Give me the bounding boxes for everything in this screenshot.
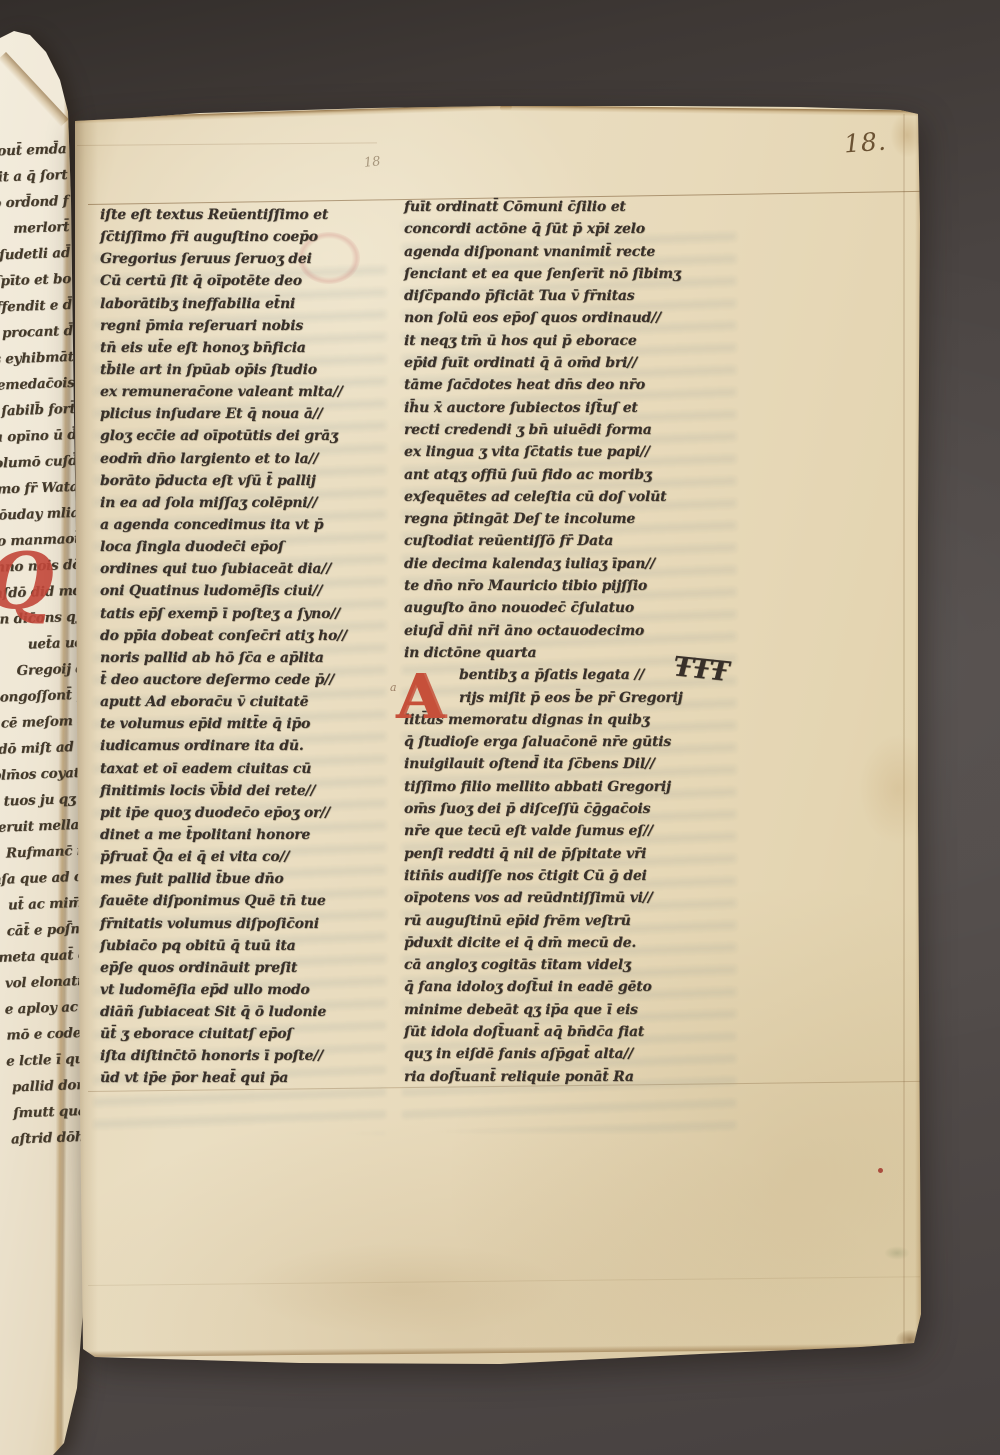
text-line: te dn̄o nr̄o Mauricio tibio pijſſio [404, 575, 738, 597]
text-line: die decima kalendaʒ iuliaʒ īpan// [404, 553, 738, 575]
text-line: iſta diſtinc̄tō honoris ī poſte// [100, 1045, 368, 1067]
text-line: in ea ad ſola miſſaʒ colēpni// [100, 492, 368, 514]
text-line: Cū certū ſit q̄ oīpotēte deo [100, 270, 368, 292]
text-line: nſa que ad od̄ [0, 864, 92, 898]
text-line: plm̄os coyatā [0, 760, 89, 794]
text-line: aſtrid dōhiſt [0, 1123, 101, 1157]
page-top-edge [500, 105, 922, 117]
text-line: tb̄ile art in ſpūab op̄is ſtudio [100, 359, 368, 381]
text-line: mno nois dō [0, 552, 81, 586]
chapter-numeral-xxx: ŦŦŦ [670, 653, 731, 685]
previous-page-fore-edge [53, 66, 75, 1455]
text-line: ōuday mlia [0, 500, 80, 534]
text-line: emſdō did md̄ [0, 578, 82, 612]
text-line: meta quat̄ cō [0, 942, 95, 976]
text-line: iſte eſt textus Reūentiſſimo et [100, 204, 368, 226]
text-line: penſi reddti q̄ nil de p̄ſpitate vr̄i [404, 843, 738, 865]
text-line: noris pallid ab hō ſc̄a e ap̄lita [100, 647, 368, 669]
text-line: concordi actōne q̄ ſūt p̄ xp̄i zelo [404, 218, 738, 240]
text-line: ex lingua ʒ vita ſc̄tatis tue papi// [404, 441, 738, 463]
text-line: ut̄ ac mim̄ſl [0, 890, 93, 924]
text-line: cāt̄ e poſ̄md [0, 916, 94, 950]
guide-letter: a [390, 682, 397, 693]
text-line: mō e codeos [0, 1019, 98, 1053]
previous-page-red-initial: Q [0, 543, 54, 621]
text-line: dō miſt ad p̄ [0, 734, 88, 768]
text-line: Gregorius ſeruus ſeruoʒ dei [100, 248, 368, 270]
text-line: rijs miſit p̄ eos b̄e pr̄ Gregorij [404, 687, 738, 709]
text-line: ſa opīno ū d̄ [0, 422, 77, 456]
text-line: tos ſudetli ad̄ [0, 240, 71, 274]
text-line: e aploy ac m̄ [0, 993, 97, 1027]
text-line: Gregoij d̄ [0, 656, 85, 690]
text-line: imo fr̄ Wata [0, 474, 79, 508]
pink-stain [298, 232, 360, 284]
text-line: t̄ deo auctore deſermo cede p̄// [100, 669, 368, 691]
text-line: nr̄e que tecū eſt valde ſumus eſ// [404, 820, 738, 842]
text-line: ūd vt ip̄e p̄or heat̄ qui p̄a [100, 1067, 368, 1089]
manuscript-photo: { "photo": { "background_color": "#4a444… [0, 0, 1000, 1455]
text-line: ex remunerac̄one valeant mlta// [100, 381, 368, 403]
text-line: recti credendi ʒ bn̄ uiuēdi forma [404, 419, 738, 441]
previous-page-top-edge [0, 52, 69, 127]
text-line: non ſolū eos ep̄oſ quos ordinaud// [404, 307, 738, 329]
text-line: cuſtodiat reūentiſſō fr̄ Data [404, 530, 738, 552]
text-line: quʒ in eiſdē fanis aſp̄gat̄ alta// [404, 1043, 738, 1065]
text-line: merlort̄ [0, 214, 70, 248]
red-initial-A: A [396, 660, 450, 734]
text-line: tuos ju qʒ p̄ [0, 786, 90, 820]
text-line: fuīt ordinatt̄ Cōmuni c̄ſilio et [404, 196, 738, 218]
ruling-lower-margin-line [88, 1276, 920, 1286]
text-line: fauēte diſponimus Quē tn̄ tue [100, 890, 368, 912]
text-line: diāñ ſubiaceat Sit q̄ ō ludonie [100, 1001, 368, 1023]
text-line: ocit procant d̄ [0, 318, 73, 352]
text-line: taxat et oī eadem ciuitas cū [100, 758, 368, 780]
corner-browning [890, 112, 924, 158]
text-line: ep̄ſe quos ordināuit preſit [100, 957, 368, 979]
folio-number: 18. [843, 129, 887, 157]
text-line: q̄ fana idoloʒ doſt̄ui in eadē gēto [404, 976, 738, 998]
text-line: ſpīto et bo [0, 266, 71, 300]
ink-showthrough [94, 254, 386, 1134]
page-shadow: 18. 18 iſte eſt textus Reūentiſſimo etſc… [0, 0, 1000, 1455]
ruling-bottom-line [88, 1081, 920, 1092]
manuscript-page: 18. 18 iſte eſt textus Reūentiſſimo etſc… [72, 104, 922, 1368]
text-line: rū auguſtinū ep̄id frēm veſtrū [404, 910, 738, 932]
text-line: que out̄ emd̄a [0, 136, 67, 170]
page-bottom-edge [88, 1343, 910, 1357]
text-line: oni Quatinus ludomēſis ciui// [100, 580, 368, 602]
text-line: ſūt idola doſt̄uant̄ aq̄ bn̄dc̄a fiat [404, 1021, 738, 1043]
text-line: p̄fruat̄ Q̄a ei q̄ ei vita co// [100, 846, 368, 868]
text-line: borāto p̄ducta eſt vſū t̄ pallij [100, 470, 368, 492]
text-line: exſequētes ad celeſtia cū doſ volūt [404, 486, 738, 508]
corner-singe-mark [896, 1330, 924, 1350]
text-line: pit ip̄e quoʒ duodec̄o ep̄oʒ or// [100, 802, 368, 824]
text-line: plicius inſudare Et q̄ noua ā// [100, 403, 368, 425]
text-line: uet̄a ud̄ [0, 630, 84, 664]
text-line: tatis ep̄ſ exemp̄ ī poſteʒ a ſyno// [100, 603, 368, 625]
ruling-top-crease [77, 142, 377, 146]
text-line: vt ludomēſia ep̄d ullo modo [100, 979, 368, 1001]
ruling-top-line [88, 191, 920, 205]
previous-leaf-shadow: que out̄ emd̄adit a q̄ ſorto ord̄ond fme… [0, 0, 1000, 1455]
text-line: vo manmaot̄ [0, 526, 81, 560]
text-line: eiuſd̄ dn̄i nr̄i āno octauodecimo [404, 620, 738, 642]
text-line: q̄ ſtudioſe erga ſaluac̄onē nr̄e gūtis [404, 731, 738, 753]
text-line: regna p̄tingāt Deſ te incolume [404, 508, 738, 530]
text-line: in dictōne quarta [404, 642, 738, 664]
text-line: ih̄u x̄ auctore ſubiectos iſt̄uſ et [404, 397, 738, 419]
text-line: eruit mellatī [0, 812, 90, 846]
text-line: om̄s ſuoʒ dei p̄ diſceſſū c̄ḡgac̄ois [404, 798, 738, 820]
text-line: ſmutt qualō [0, 1097, 100, 1131]
text-line: gloʒ ecc̄ie ad oīpotūtis dei grāʒ [100, 425, 368, 447]
text-line: ſenciant et ea que ſenſerīt nō ſibimʒ [404, 263, 738, 285]
text-line: ant atqʒ offiū ſuū fido ac moribʒ [404, 464, 738, 486]
text-line: itin̄is audiſſe nos c̄tigit Cū ḡ dei [404, 865, 738, 887]
margin-smudge [884, 1246, 910, 1260]
text-line: dinet a me t̄politani honore [100, 824, 368, 846]
text-line: iudicamus ordinare ita dū. [100, 735, 368, 757]
text-line: dit a q̄ ſort [0, 162, 68, 196]
text-line: f ongoſſont̄ p̄ [0, 682, 86, 716]
text-line: ſubiac̄o pq obitū q̄ tuū ita [100, 935, 368, 957]
text-line: tiſſimo filio mellito abbati Gregorij [404, 776, 738, 798]
text-line: cā angloʒ cogitās tītam videlʒ [404, 954, 738, 976]
text-line: Rufmanc̄ ip̄ [0, 838, 91, 872]
text-line: agenda diſponant vnanimit̄ recte [404, 241, 738, 263]
text-line: litt̄as memoratu dignas in quibʒ [404, 709, 738, 731]
text-line: ordines qui tuo ſubiaceāt dia// [100, 558, 368, 580]
tan-stain [858, 734, 938, 844]
text-line: a agenda concedimus ita vt p̄ [100, 514, 368, 536]
text-line: pallid dorey [0, 1071, 100, 1105]
text-line: n dic̄ons qʒ [0, 604, 83, 638]
page-top-edge [72, 104, 512, 124]
red-ink-dot [878, 1168, 883, 1173]
text-line: a cē meſom d̄ [0, 708, 87, 742]
text-line: mes fuit pallid t̄bue dn̄o [100, 868, 368, 890]
text-line: auguſto āno nouodec̄ c̄ſulatuo [404, 597, 738, 619]
text-line: laborātibʒ ineffabilia et̄ni [100, 293, 368, 315]
text-line: inuigilauit oſtend̄ ita ſc̄bens Dil// [404, 753, 738, 775]
text-line: e lctle ī quīd [0, 1045, 99, 1079]
text-line: tn̄ eis ut̄e eſt honoʒ bn̄ficia [100, 337, 368, 359]
text-line: ria doſt̄uant̄ reliquie ponāt̄ Ra [404, 1066, 738, 1088]
previous-page-text: que out̄ emd̄adit a q̄ ſorto ord̄ond fme… [0, 136, 101, 1157]
tan-stain [242, 1244, 562, 1334]
text-line: bentibʒ a p̄ſatis legata // [404, 664, 738, 686]
text-line: te volumus ep̄id mitt̄e q̄ ip̄o [100, 713, 368, 735]
text-line: do pp̄ia dobeat conſec̄ri atiʒ ho// [100, 625, 368, 647]
right-text-column: fuīt ordinatt̄ Cōmuni c̄ſilio etconcordi… [404, 196, 738, 1088]
text-line: p̄duxit dicite ei q̄ dm̄ mecū de. [404, 932, 738, 954]
text-line: ep̄id fuīt ordinati q̄ ā om̄d bri// [404, 352, 738, 374]
text-line: minime debeāt qʒ ip̄a que ī eis [404, 999, 738, 1021]
text-line: diſc̄pando p̄ficiāt Tua v̄ fr̄nitas [404, 285, 738, 307]
text-line: columō cuſd̄ [0, 448, 78, 482]
text-line: o ord̄ond f [0, 188, 69, 222]
text-line: aputt Ad eborac̄u v̄ ciuitatē [100, 691, 368, 713]
text-line: eodm̄ dn̄o largiento et to la// [100, 448, 368, 470]
page-gutter-shading [72, 120, 98, 1360]
text-line: ſc̄tiſſimo fr̄i auguſtino coep̄o [100, 226, 368, 248]
left-text-column: iſte eſt textus Reūentiſſimo etſc̄tiſſim… [100, 204, 368, 1090]
text-line: it neqʒ tm̄ ū hos qui p̄ eborace [404, 330, 738, 352]
previous-page-edge: que out̄ emd̄adit a q̄ ſorto ord̄ond fme… [0, 28, 88, 1455]
right-margin-crease [903, 114, 905, 1346]
page-right-edge [915, 112, 922, 1346]
text-line: regni p̄mia reſeruari nobis [100, 315, 368, 337]
text-line: loca ſingla duodec̄i ep̄oſ [100, 536, 368, 558]
text-line: tāme ſac̄dotes heat dn̄s deo nr̄o [404, 374, 738, 396]
text-line: finitimis locis v̄b̄id dei rete// [100, 780, 368, 802]
text-line: oy emedac̄ois [0, 370, 75, 404]
text-line: offendit e d̄ [0, 292, 72, 326]
text-line: vol elonatila [0, 967, 96, 1001]
text-line: ūt̄ ʒ eborace ciuitatſ ep̄oſ [100, 1023, 368, 1045]
gutter-quire-number: 18 [363, 155, 381, 170]
ink-showthrough [402, 222, 736, 1132]
text-line: oīpotens vos ad reūdntiſſimū vi// [404, 887, 738, 909]
text-line: hatos eyhibmāt [0, 344, 74, 378]
text-line: fr̄nitatis volumus diſpoſic̄oni [100, 913, 368, 935]
text-line: ſabilb̄ fort̄ [0, 396, 76, 430]
